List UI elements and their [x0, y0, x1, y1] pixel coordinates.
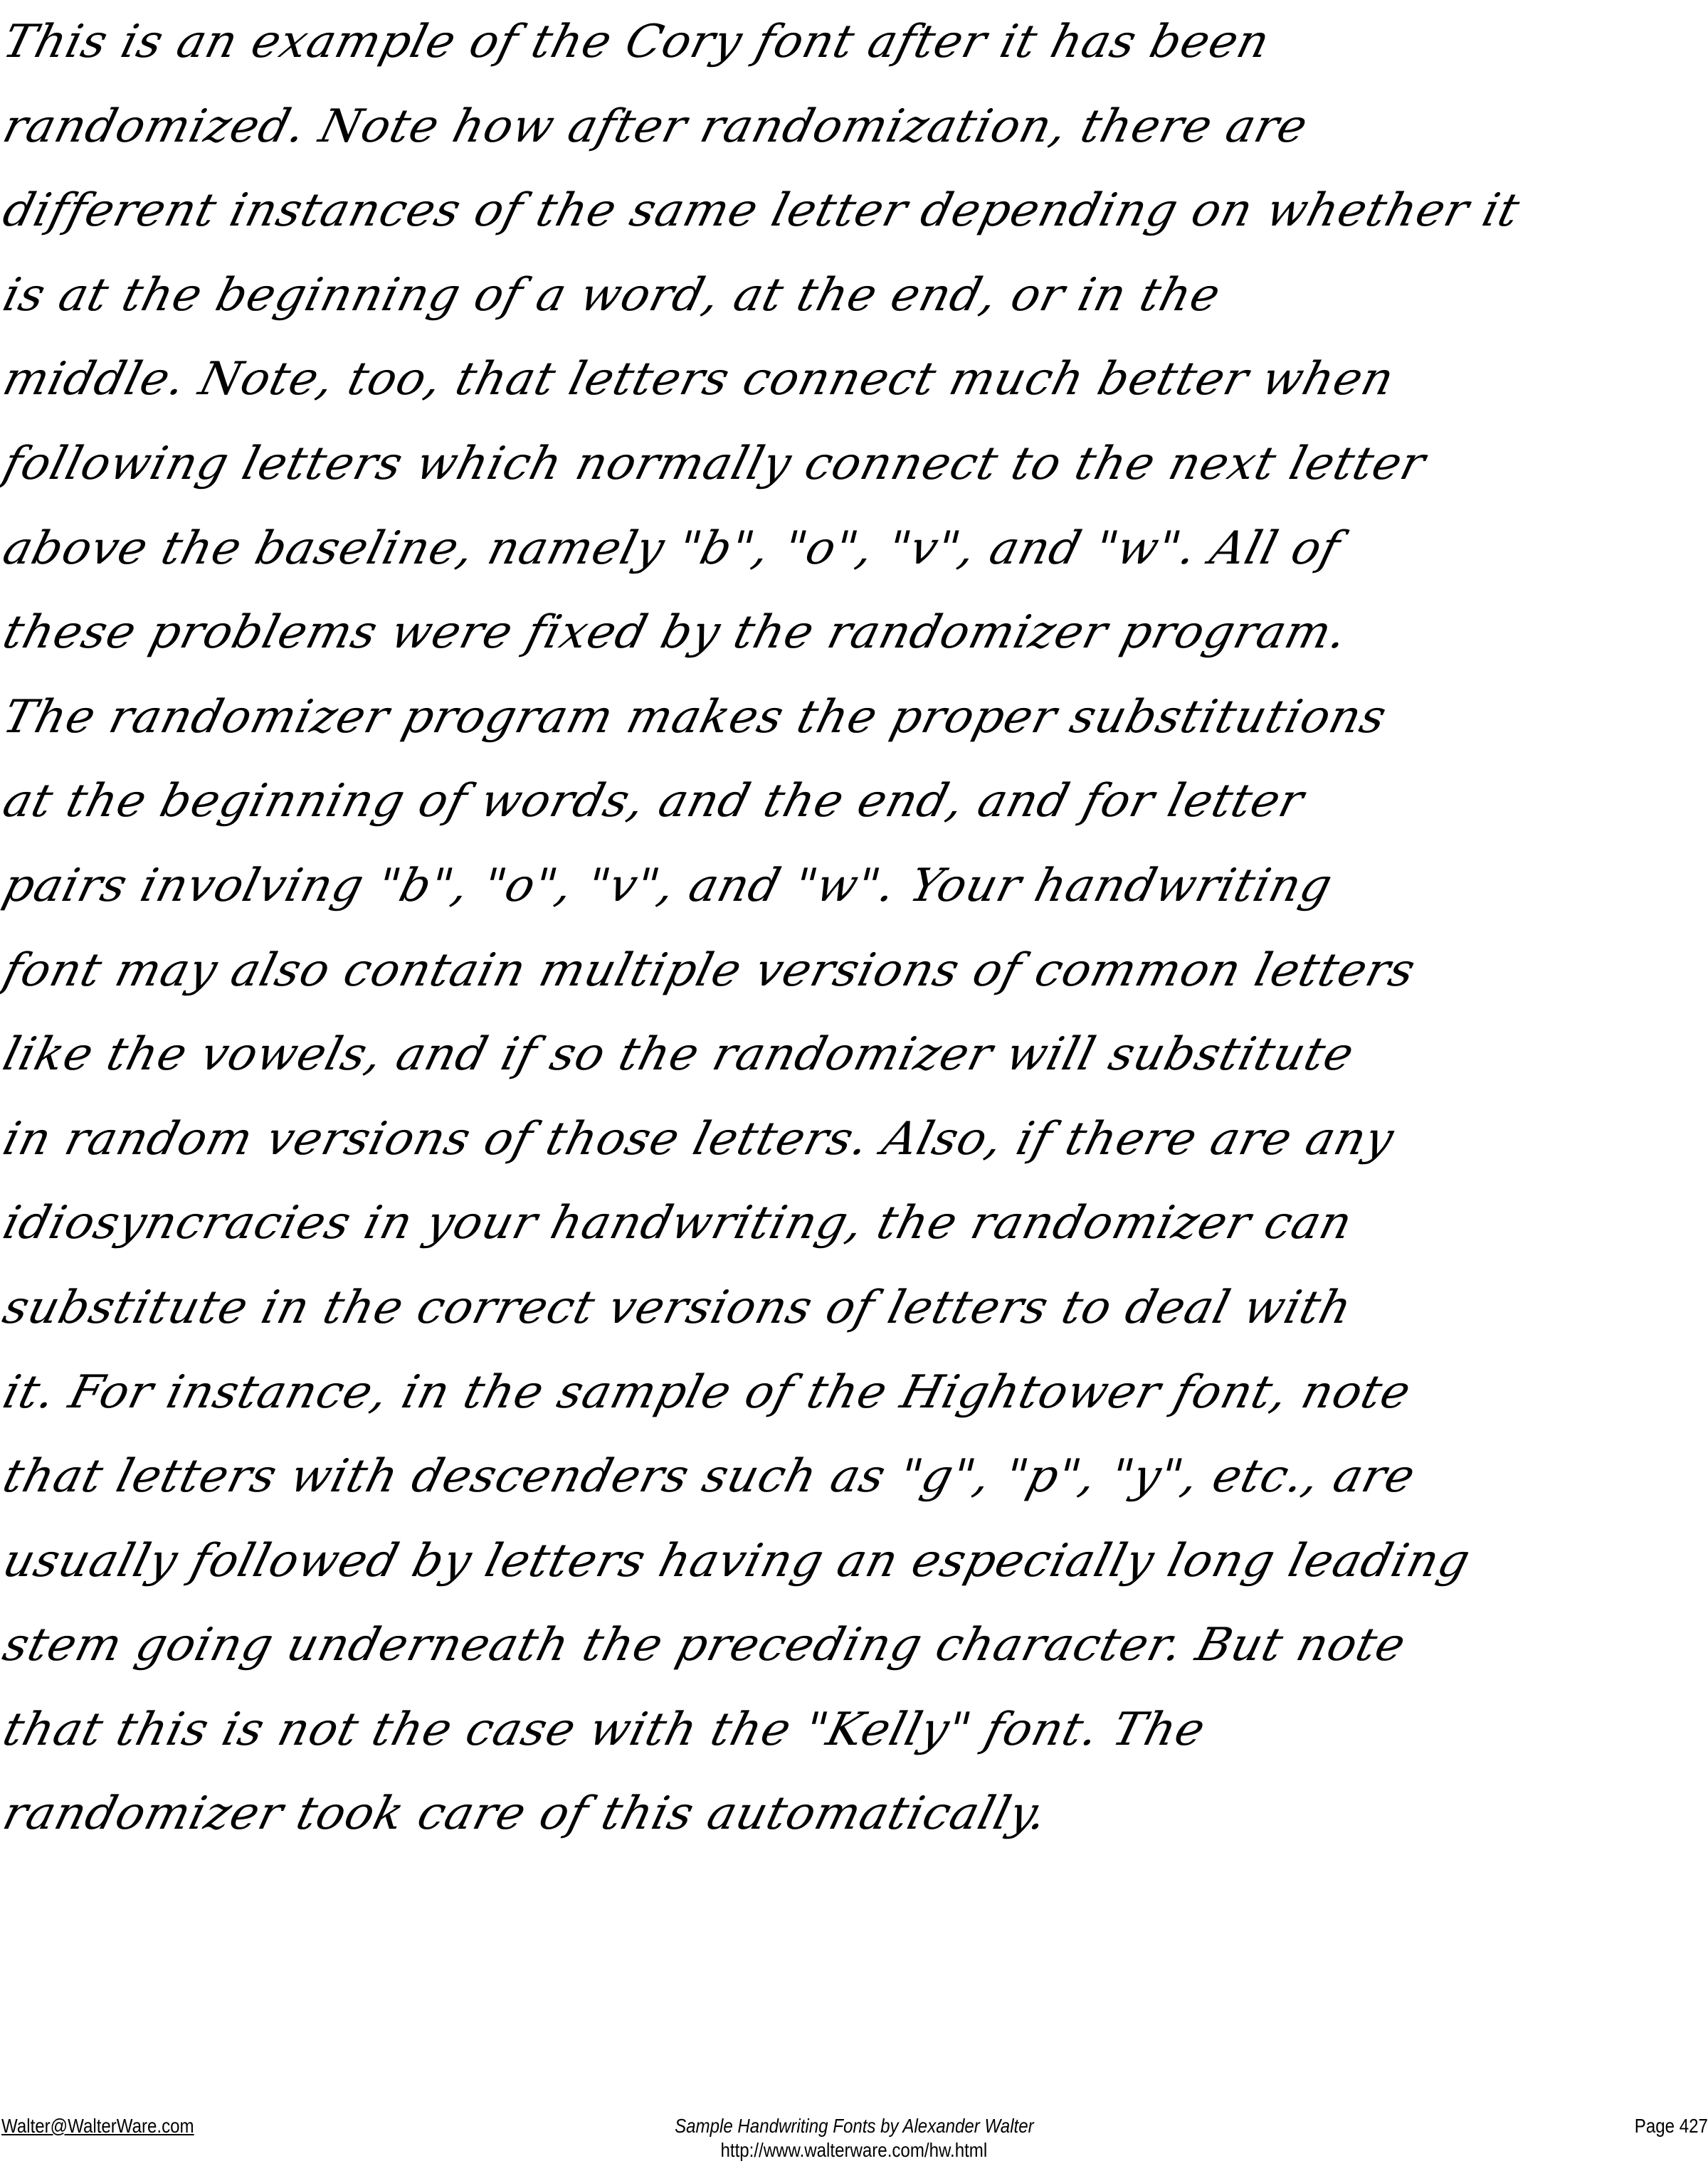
text-line: stem going underneath the preceding char…	[0, 1603, 1708, 1688]
text-line: usually followed by letters having an es…	[0, 1519, 1708, 1604]
text-line: randomizer took care of this automatical…	[0, 1772, 1708, 1856]
page-number: Page 427	[1635, 2115, 1708, 2138]
text-line: randomized. Note how after randomization…	[0, 85, 1708, 169]
handwriting-sample-text: This is an example of the Cory font afte…	[4, 0, 1708, 1856]
footer-url: http://www.walterware.com/hw.html	[0, 2139, 1708, 2162]
text-line: that this is not the case with the "Kell…	[0, 1688, 1708, 1773]
text-line: substitute in the correct versions of le…	[0, 1266, 1708, 1351]
text-line: these problems were fixed by the randomi…	[0, 591, 1708, 675]
text-line: like the vowels, and if so the randomize…	[0, 1013, 1708, 1097]
text-line: idiosyncracies in your handwriting, the …	[0, 1181, 1708, 1266]
text-line: pairs involving "b", "o", "v", and "w". …	[0, 844, 1708, 929]
text-line: at the beginning of words, and the end, …	[0, 759, 1708, 844]
text-line: that letters with descenders such as "g"…	[0, 1435, 1708, 1519]
footer-title-text: Sample Handwriting Fonts by Alexander Wa…	[675, 2115, 1034, 2138]
text-line: above the baseline, namely "b", "o", "v"…	[0, 507, 1708, 591]
footer-title: Sample Handwriting Fonts by Alexander Wa…	[0, 2115, 1708, 2138]
text-line: middle. Note, too, that letters connect …	[0, 337, 1708, 422]
page-footer: Walter@WalterWare.com Sample Handwriting…	[0, 2112, 1708, 2166]
footer-url-text: http://www.walterware.com/hw.html	[721, 2139, 988, 2162]
document-page: This is an example of the Cory font afte…	[0, 0, 1708, 2166]
text-line: font may also contain multiple versions …	[0, 929, 1708, 1013]
text-line: it. For instance, in the sample of the H…	[0, 1351, 1708, 1435]
text-line: The randomizer program makes the proper …	[0, 675, 1708, 760]
text-line: following letters which normally connect…	[0, 422, 1708, 507]
text-line: is at the beginning of a word, at the en…	[0, 253, 1708, 338]
text-line: different instances of the same letter d…	[0, 169, 1708, 253]
text-line: This is an example of the Cory font afte…	[0, 0, 1708, 85]
text-line: in random versions of those letters. Als…	[0, 1097, 1708, 1182]
